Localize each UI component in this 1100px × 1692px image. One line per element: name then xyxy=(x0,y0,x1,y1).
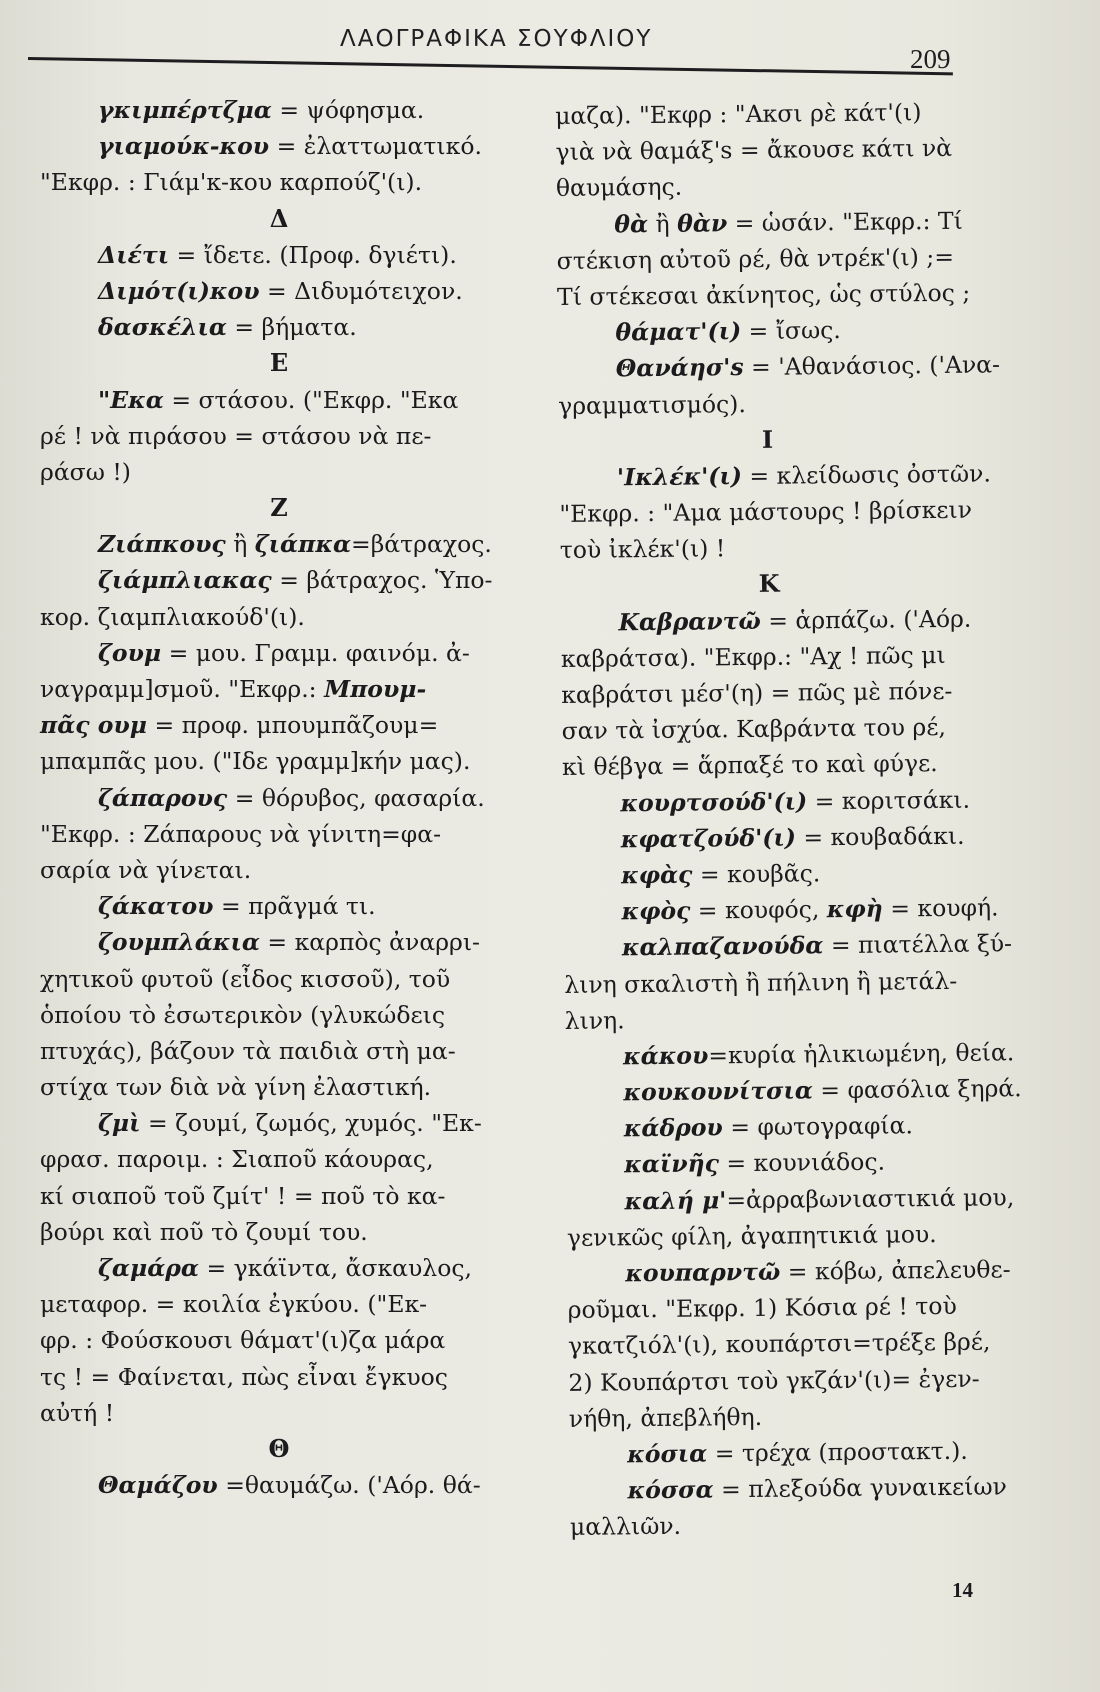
text-line: γκατζιόλ'(ι), κουπάρτσι=τρέξε βρέ, xyxy=(568,1324,986,1365)
glossary-entry: καλπαζανούδα = πιατέλλα ξύ- xyxy=(564,926,982,967)
headword: ζαμάρα xyxy=(98,1254,199,1282)
definition: = ἐλαττωματικό. xyxy=(269,132,482,160)
text-line: Τί στέκεσαι ἀκίνητος, ὡς στύλος ; xyxy=(557,275,975,316)
headword: Θανάησ's xyxy=(616,353,744,382)
headword: Θαμάζου xyxy=(98,1471,218,1499)
glossary-entry: κουκουνίτσια = φασόλια ξηρά. xyxy=(565,1071,983,1112)
glossary-entry: θὰ ἢ θὰν = ὡσάν. "Εκφρ.: Τί xyxy=(556,202,974,243)
glossary-entry: ζιάμπλιακας = βάτραχος. Ὑπο- xyxy=(40,562,518,598)
text-line: ρέ ! νὰ πιράσου = στάσου νὰ πε- xyxy=(40,418,518,454)
right-column: μαζα). "Εκφρ : "Ακσι ρὲ κάτ'(ι)γιὰ νὰ θα… xyxy=(555,94,988,1546)
definition: = προφ. μπουμπᾶζουμ= xyxy=(147,711,438,739)
definition: = καρπὸς ἀναρρι- xyxy=(260,928,480,956)
definition: = θόρυβος, φασαρία. xyxy=(227,784,484,812)
glossary-entry: Θαμάζου =θαυμάζω. ('Αόρ. θά- xyxy=(40,1467,518,1503)
text-line: λινη σκαλιστὴ ἢ πήλινη ἢ μετάλ- xyxy=(564,962,982,1003)
text-line: σαν τὰ ἰσχύα. Καβράντα του ρέ, xyxy=(561,709,979,750)
definition: = πλεξούδα γυναικείων xyxy=(713,1472,1007,1503)
headword: ζουμ xyxy=(98,639,161,667)
definition: = κλείδωσις ὀστῶν. xyxy=(742,459,991,490)
text-line: πτυχάς), βάζουν τὰ παιδιὰ στὴ μα- xyxy=(40,1033,518,1069)
definition: = πιατέλλα ξύ- xyxy=(823,930,1012,960)
headword: κόσσα xyxy=(627,1476,713,1505)
text-line: κί σιαποῦ τοῦ ζμίτ' ! = ποῦ τὸ κα- xyxy=(40,1178,518,1214)
headword: κάκου xyxy=(623,1041,709,1070)
definition: ἢ xyxy=(648,209,677,237)
definition: = ἴδετε. (Προφ. δγιέτι). xyxy=(169,241,457,269)
text-line: ροῦμαι. "Εκφρ. 1) Κόσια ρέ ! τοὺ xyxy=(568,1288,986,1329)
headword: Καβραντῶ xyxy=(618,606,761,635)
headword: κουπαρντῶ xyxy=(625,1258,780,1288)
definition: = τρέχα (προστακτ.). xyxy=(707,1437,968,1468)
book-page: ΛΑΟΓΡΑΦΙΚΑ ΣΟΥΦΛΙΟΥ 209 γκιμπέρτζμα = ψό… xyxy=(0,0,1100,1692)
glossary-entry: ζάπαρους = θόρυβος, φασαρία. xyxy=(40,780,518,816)
definition: = κουφός, xyxy=(690,895,827,924)
headword: δασκέλια xyxy=(98,313,227,341)
headword: πᾶς ουμ xyxy=(40,711,147,739)
glossary-entry: κφατζούδ'(ι) = κουβαδάκι. xyxy=(563,817,981,858)
text-line: καβράτσι μέσ'(η) = πῶς μὲ πόνε- xyxy=(561,673,979,714)
definition: = κοριτσάκι. xyxy=(807,785,970,815)
text-line: ὁποίου τὸ ἐσωτερικὸν (γλυκώδεις xyxy=(40,997,518,1033)
headword: ζμὶ xyxy=(98,1109,141,1137)
headword: κάδρου xyxy=(624,1114,723,1143)
section-letter: Δ xyxy=(40,201,518,237)
text-line: "Εκφρ. : "Αμα μάστουρς ! βρίσκειν xyxy=(559,492,977,533)
definition: =κυρία ἡλικιωμένη, θεία. xyxy=(708,1038,1014,1069)
text-line: ράσω !) xyxy=(40,454,518,490)
glossary-entry: κφὰς = κουβᾶς. xyxy=(563,854,981,895)
left-column: γκιμπέρτζμα = ψόφησμα.γιαμούκ-κου = ἐλατ… xyxy=(40,92,518,1503)
headword: ζουμπλάκια xyxy=(98,928,260,956)
definition: = Διδυμότειχον. xyxy=(260,277,463,305)
definition: = 'Αθανάσιος. ('Ανα- xyxy=(743,351,1000,382)
headword: κουρτσούδ'(ι) xyxy=(620,787,807,817)
text-line: καβράτσα). "Εκφρ.: "Αχ ! πῶς μι xyxy=(561,636,979,677)
text-line: μεταφορ. = κοιλία ἐγκύου. ("Εκ- xyxy=(40,1286,518,1322)
text-line: νήθη, ἀπεβλήθη. xyxy=(569,1396,987,1437)
section-letter: Ζ xyxy=(40,490,518,526)
text-line: σαρία νὰ γίνεται. xyxy=(40,852,518,888)
text-line: μπαμπᾶς μου. ("Ιδε γραμμ]κήν μας). xyxy=(40,743,518,779)
text-line: κορ. ζιαμπλιακούδ'(ι). xyxy=(40,599,518,635)
glossary-entry: κφὸς = κουφός, κφὴ = κουφή. xyxy=(563,890,981,931)
definition: = ἴσως. xyxy=(741,316,841,345)
headword: κφατζούδ'(ι) xyxy=(621,823,796,853)
section-letter: Ι xyxy=(558,419,976,460)
definition: = φασόλια ξηρά. xyxy=(813,1074,1022,1104)
text-line: γιὰ νὰ θαμάξ's = ἄκουσε κάτι νὰ xyxy=(555,130,973,171)
glossary-entry: πᾶς ουμ = προφ. μπουμπᾶζουμ= xyxy=(40,707,518,743)
section-letter: Θ xyxy=(40,1431,518,1467)
headword: θὰ xyxy=(614,210,648,238)
definition: = κουβᾶς. xyxy=(692,859,820,888)
text-line: μαλλιῶν. xyxy=(570,1505,988,1546)
glossary-entry: δασκέλια = βήματα. xyxy=(40,309,518,345)
text-line: "Εκφρ. : Ζάπαρους νὰ γίνιτη=φα- xyxy=(40,816,518,852)
glossary-entry: γιαμούκ-κου = ἐλαττωματικό. xyxy=(40,128,518,164)
definition: ναγραμμ]σμοῦ. "Εκφρ.: xyxy=(40,675,324,703)
glossary-entry: κουρτσούδ'(ι) = κοριτσάκι. xyxy=(562,781,980,822)
glossary-entry: ζαμάρα = γκάϊντα, ἄσκαυλος, xyxy=(40,1250,518,1286)
text-line: γενικῶς φίλη, ἀγαπητικιά μου. xyxy=(567,1215,985,1256)
glossary-entry: "Εκα = στάσου. ("Εκφρ. "Εκα xyxy=(40,382,518,418)
section-letter: Κ xyxy=(560,564,978,605)
definition: = ὡσάν. "Εκφρ.: Τί xyxy=(727,206,963,236)
header-rule xyxy=(28,57,953,75)
glossary-entry: καλή μ'=ἀρραβωνιαστικιά μου, xyxy=(566,1179,984,1220)
headword: ζιάπκα xyxy=(255,530,351,558)
headword: κουκουνίτσια xyxy=(623,1076,813,1106)
definition: = ζουμί, ζωμός, χυμός. "Εκ- xyxy=(141,1109,482,1137)
headword: γιαμούκ-κου xyxy=(98,132,269,160)
text-line: θαυμάσης. xyxy=(556,166,974,207)
headword: ζιάμπλιακας xyxy=(98,566,272,594)
definition: = κουβαδάκι. xyxy=(796,822,965,852)
glossary-entry: θάματ'(ι) = ἴσως. xyxy=(557,311,975,352)
section-letter: Ε xyxy=(40,345,518,381)
text-line: μαζα). "Εκφρ : "Ακσι ρὲ κάτ'(ι) xyxy=(555,94,973,135)
headword: κφὰς xyxy=(621,861,693,890)
headword: ζάκατου xyxy=(98,892,214,920)
definition: =βάτραχος. xyxy=(351,530,492,558)
glossary-entry: 'Ικλέκ'(ι) = κλείδωσις ὀστῶν. xyxy=(559,455,977,496)
text-line: κὶ θέβγα = ἅρπαξέ το καὶ φύγε. xyxy=(562,745,980,786)
definition: =ἀρραβωνιαστικιά μου, xyxy=(726,1183,1014,1214)
text-line: χητικοῦ φυτοῦ (εἶδος κισσοῦ), τοῦ xyxy=(40,961,518,997)
text-line: φρασ. παροιμ. : Σιαποῦ κάουρας, xyxy=(40,1141,518,1177)
headword: κφὸς xyxy=(621,897,690,926)
definition: = πρᾶγμά τι. xyxy=(214,892,376,920)
definition: =θαυμάζω. ('Αόρ. θά- xyxy=(218,1471,481,1499)
headword: γκιμπέρτζμα xyxy=(98,96,272,124)
headword: ζάπαρους xyxy=(98,784,227,812)
headword: καλή μ' xyxy=(624,1186,726,1215)
glossary-entry: ζάκατου = πρᾶγμά τι. xyxy=(40,888,518,924)
text-line: τς ! = Φαίνεται, πὼς εἶναι ἔγκυος xyxy=(40,1359,518,1395)
definition: = βάτραχος. Ὑπο- xyxy=(272,566,493,594)
definition: ἢ xyxy=(226,530,255,558)
glossary-entry: Διμότ(ι)κου = Διδυμότειχον. xyxy=(40,273,518,309)
glossary-entry: κουπαρντῶ = κόβω, ἀπελευθε- xyxy=(567,1252,985,1293)
glossary-entry: Θανάησ's = 'Αθανάσιος. ('Ανα- xyxy=(558,347,976,388)
glossary-entry: γκιμπέρτζμα = ψόφησμα. xyxy=(40,92,518,128)
headword: Ζιάπκους xyxy=(98,530,226,558)
text-line: λινη. xyxy=(564,998,982,1039)
definition: = κουφή. xyxy=(883,894,999,923)
glossary-entry: ναγραμμ]σμοῦ. "Εκφρ.: Μπουμ- xyxy=(40,671,518,707)
headword: Διέτι xyxy=(98,241,169,269)
glossary-entry: Καβραντῶ = ἁρπάζω. ('Αόρ. xyxy=(560,600,978,641)
glossary-entry: κάδρου = φωτογραφία. xyxy=(566,1107,984,1148)
text-line: στέκιση αὐτοῦ ρέ, θὰ ντρέκ'(ι) ;= xyxy=(557,238,975,279)
headword: καϊνῆς xyxy=(624,1150,719,1179)
glossary-entry: ζουμ = μου. Γραμμ. φαινόμ. ἀ- xyxy=(40,635,518,671)
headword: "Εκα xyxy=(98,386,164,414)
headword: 'Ικλέκ'(ι) xyxy=(617,462,742,491)
glossary-entry: ζμὶ = ζουμί, ζωμός, χυμός. "Εκ- xyxy=(40,1105,518,1141)
text-line: 2) Κουπάρτσι τοὺ γκζάν'(ι)= ἐγεν- xyxy=(568,1360,986,1401)
glossary-entry: κόσια = τρέχα (προστακτ.). xyxy=(569,1432,987,1473)
glossary-entry: ζουμπλάκια = καρπὸς ἀναρρι- xyxy=(40,924,518,960)
headword: καλπαζανούδα xyxy=(622,932,824,962)
definition: = ψόφησμα. xyxy=(272,96,424,124)
text-line: στίχα των διὰ νὰ γίνη ἐλαστική. xyxy=(40,1069,518,1105)
printer-signature: 14 xyxy=(952,1578,973,1603)
glossary-entry: κάκου=κυρία ἡλικιωμένη, θεία. xyxy=(565,1034,983,1075)
headword: κφὴ xyxy=(827,895,883,924)
definition: = φωτογραφία. xyxy=(723,1112,913,1142)
glossary-entry: Διέτι = ἴδετε. (Προφ. δγιέτι). xyxy=(40,237,518,273)
headword: κόσια xyxy=(627,1439,707,1468)
glossary-entry: κόσσα = πλεξούδα γυναικείων xyxy=(569,1469,987,1510)
text-line: "Εκφρ. : Γιάμ'κ-κου καρπούζ'(ι). xyxy=(40,164,518,200)
text-line: τοὺ ἰκλέκ'(ι) ! xyxy=(560,528,978,569)
definition: = κόβω, ἀπελευθε- xyxy=(780,1255,1011,1285)
glossary-entry: Ζιάπκους ἢ ζιάπκα=βάτραχος. xyxy=(40,526,518,562)
definition: = κουνιάδος. xyxy=(719,1148,885,1178)
text-line: βούρι καὶ ποῦ τὸ ζουμί του. xyxy=(40,1214,518,1250)
definition: = γκάϊντα, ἄσκαυλος, xyxy=(199,1254,472,1282)
text-line: φρ. : Φούσκουσι θάματ'(ι)ζα μάρα xyxy=(40,1322,518,1358)
glossary-entry: καϊνῆς = κουνιάδος. xyxy=(566,1143,984,1184)
running-title: ΛΑΟΓΡΑΦΙΚΑ ΣΟΥΦΛΙΟΥ xyxy=(340,26,652,52)
headword: Μπουμ- xyxy=(324,675,426,703)
definition: = ἁρπάζω. ('Αόρ. xyxy=(761,604,972,634)
definition: = βήματα. xyxy=(227,313,357,341)
page-number: 209 xyxy=(910,44,951,75)
definition: = μου. Γραμμ. φαινόμ. ἀ- xyxy=(161,639,470,667)
headword: θὰν xyxy=(677,209,727,238)
definition: = στάσου. ("Εκφρ. "Εκα xyxy=(164,386,459,414)
headword: θάματ'(ι) xyxy=(615,317,741,346)
text-line: αὐτή ! xyxy=(40,1395,518,1431)
text-line: γραμματισμός). xyxy=(558,383,976,424)
headword: Διμότ(ι)κου xyxy=(98,277,260,305)
